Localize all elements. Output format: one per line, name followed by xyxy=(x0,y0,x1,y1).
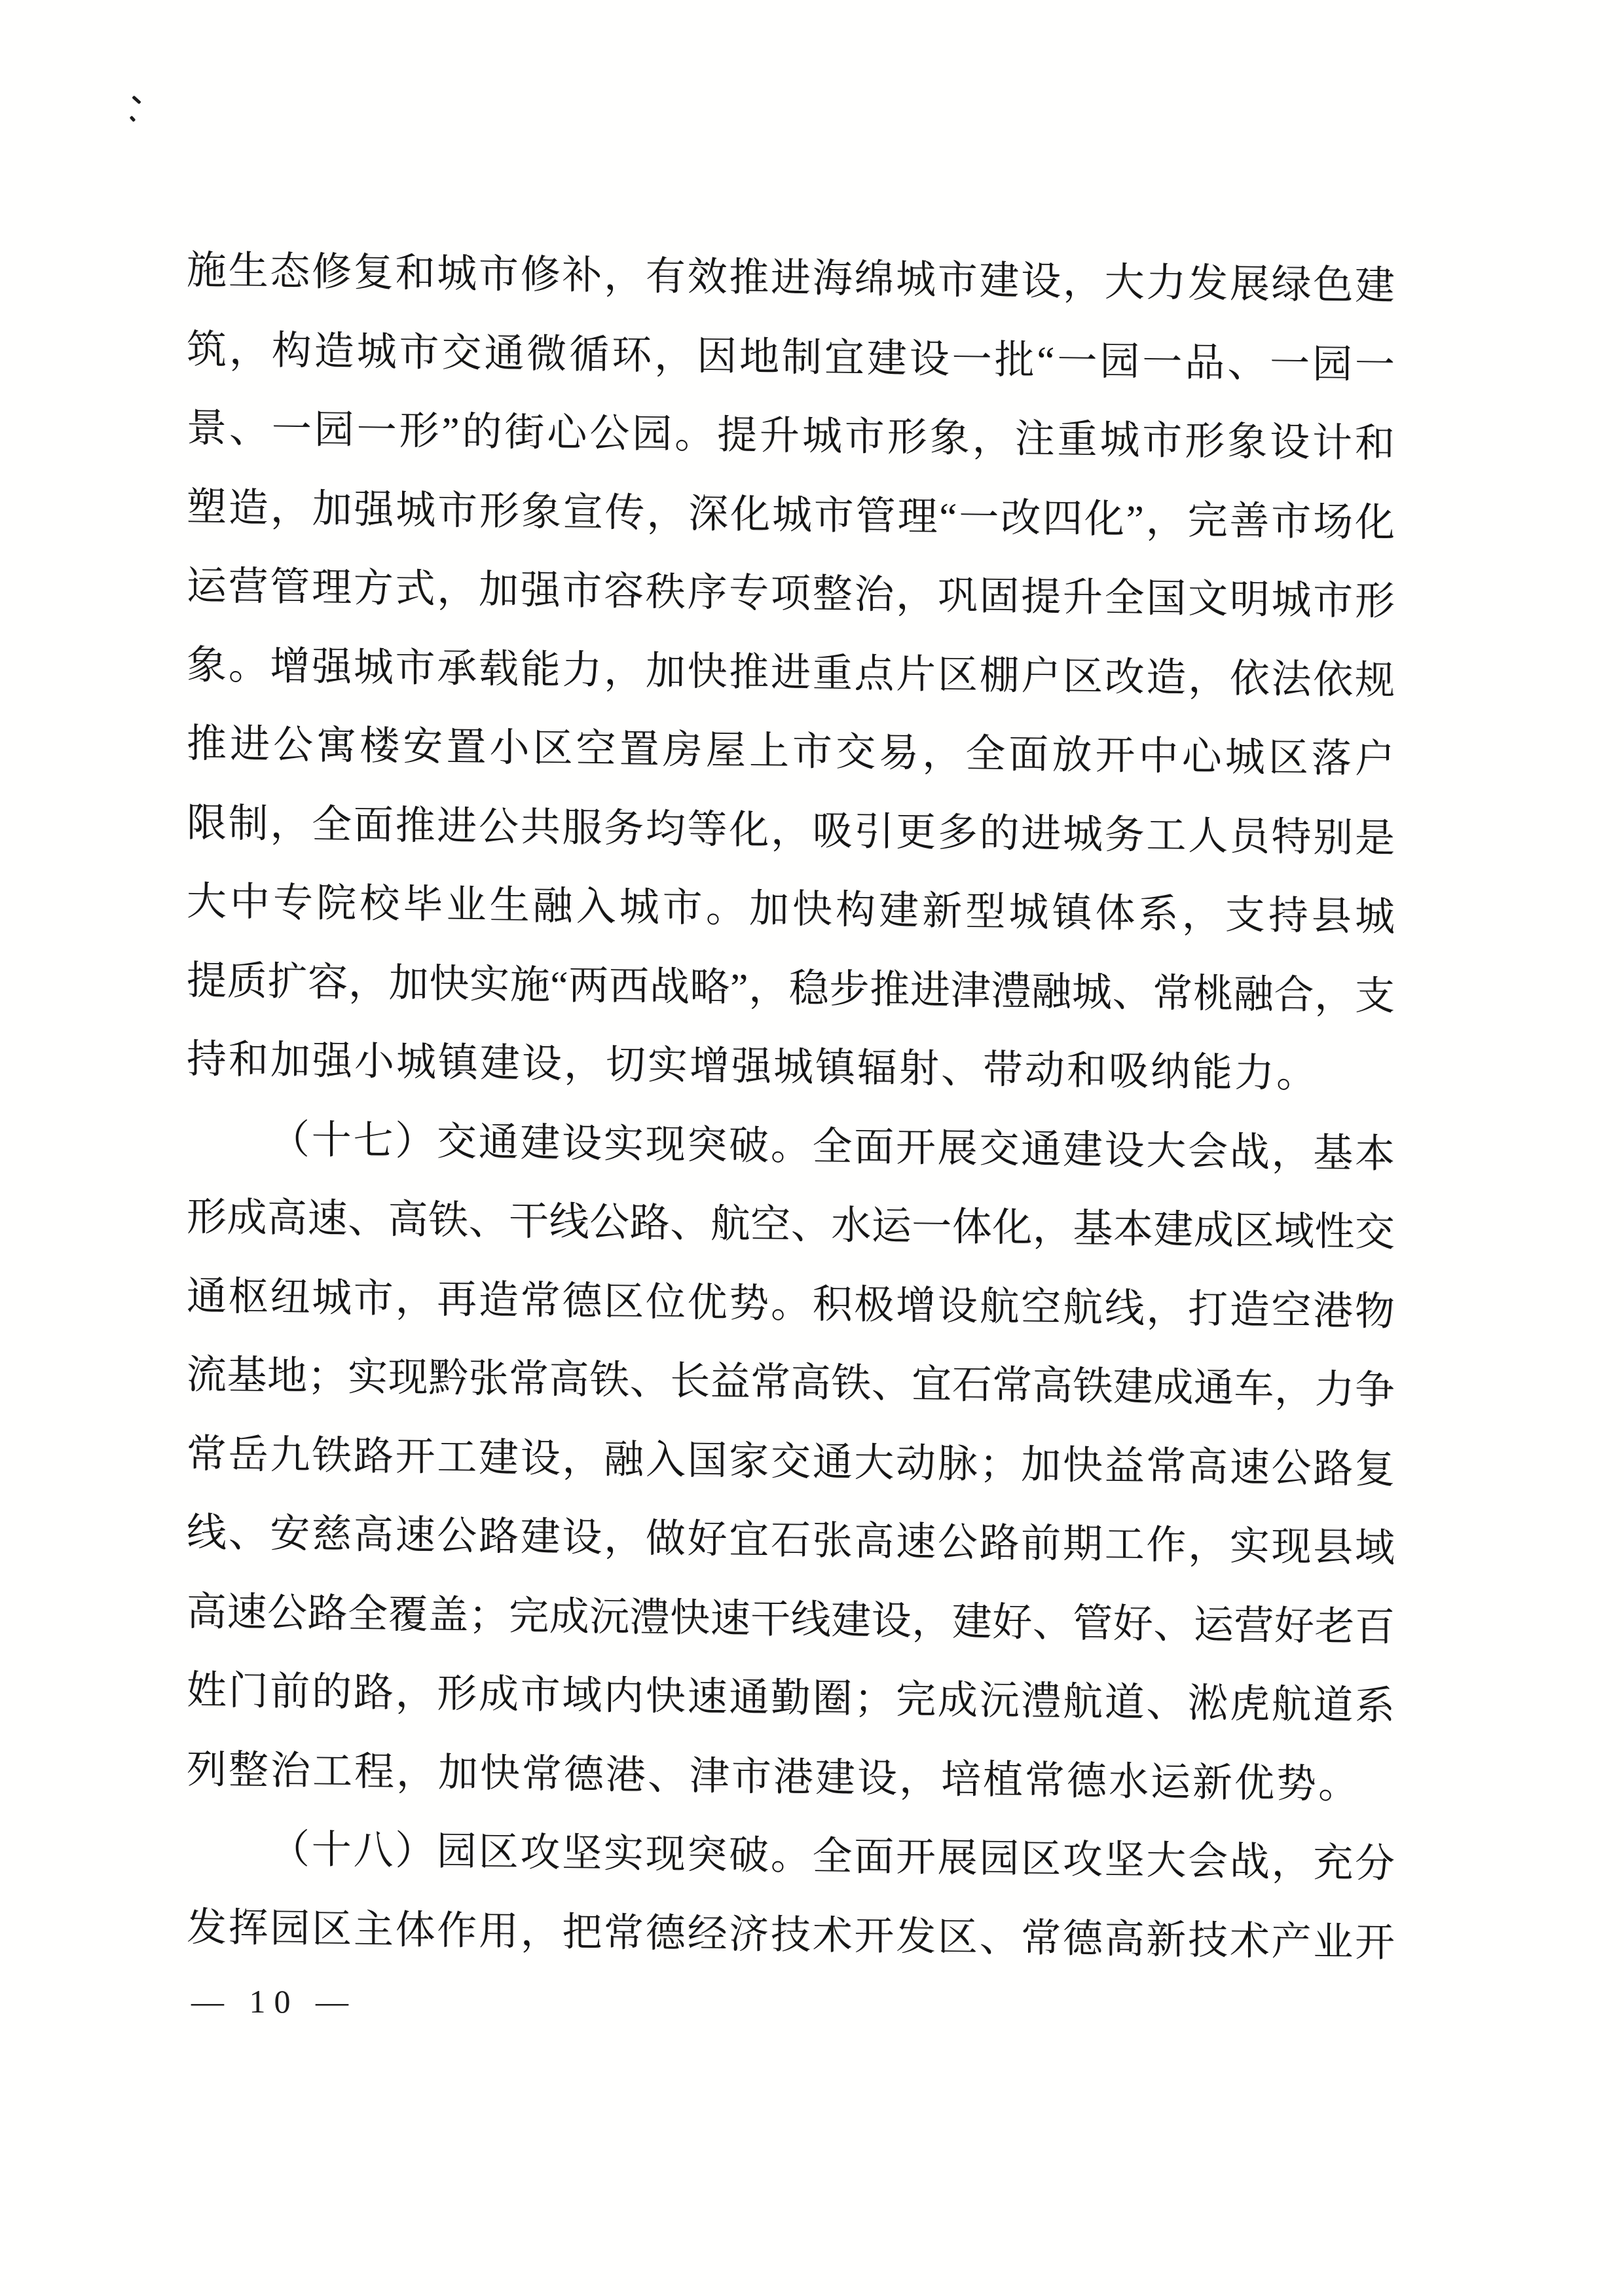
ink-speck-icon xyxy=(130,115,136,122)
text-line: 流基地；实现黔张常高铁、长益常高铁、宜石常高铁建成通车，力争 xyxy=(187,1336,1395,1431)
text-line: 姓门前的路，形成市域内快速通勤圈；完成沅澧航道、淞虎航道系 xyxy=(187,1652,1395,1747)
text-line: 通枢纽城市，再造常德区位优势。积极增设航空航线，打造空港物 xyxy=(187,1258,1395,1353)
text-line: 筑，构造城市交通微循环，因地制宜建设一批“一园一品、一园一 xyxy=(187,311,1395,406)
text-line: 施生态修复和城市修补，有效推进海绵城市建设，大力发展绿色建 xyxy=(187,232,1395,327)
text-line: 发挥园区主体作用，把常德经济技术开发区、常德高新技术产业开 xyxy=(187,1889,1395,1984)
text-line: 持和加强小城镇建设，切实增强城镇辐射、带动和吸纳能力。 xyxy=(187,1021,1395,1116)
text-line: 大中专院校毕业生融入城市。加快构建新型城镇体系，支持县城 xyxy=(187,863,1395,958)
text-line: （十八）园区攻坚实现突破。全面开展园区攻坚大会战，充分 xyxy=(187,1810,1395,1904)
scanned-document-page: 施生态修复和城市修补，有效推进海绵城市建设，大力发展绿色建 筑，构造城市交通微循… xyxy=(0,0,1624,2296)
text-line: 象。增强城市承载能力，加快推进重点片区棚户区改造，依法依规 xyxy=(187,627,1395,721)
text-line: 常岳九铁路开工建设，融入国家交通大动脉；加快益常高速公路复 xyxy=(187,1415,1395,1510)
ink-speck-icon xyxy=(132,96,141,105)
page-number: — 10 — xyxy=(191,1983,357,2020)
text-line: 推进公寓楼安置小区空置房屋上市交易，全面放开中心城区落户 xyxy=(187,705,1395,800)
text-line: 提质扩容，加快实施“两西战略”，稳步推进津澧融城、常桃融合，支 xyxy=(187,942,1395,1037)
text-line: 运营管理方式，加强市容秩序专项整治，巩固提升全国文明城市形 xyxy=(187,547,1395,642)
text-line: 景、一园一形”的街心公园。提升城市形象，注重城市形象设计和 xyxy=(187,390,1395,484)
document-body: 施生态修复和城市修补，有效推进海绵城市建设，大力发展绿色建 筑，构造城市交通微循… xyxy=(187,232,1395,1983)
text-line: 线、安慈高速公路建设，做好宜石张高速公路前期工作，实现县域 xyxy=(187,1494,1395,1589)
text-line: （十七）交通建设实现突破。全面开展交通建设大会战，基本 xyxy=(187,1100,1395,1195)
page-footer: — 10 — xyxy=(191,1982,357,2020)
text-line: 形成高速、高铁、干线公路、航空、水运一体化，基本建成区域性交 xyxy=(187,1178,1395,1273)
text-line: 塑造，加强城市形象宣传，深化城市管理“一改四化”，完善市场化 xyxy=(187,469,1395,564)
text-line: 高速公路全覆盖；完成沅澧快速干线建设，建好、管好、运营好老百 xyxy=(187,1573,1395,1668)
text-line: 限制，全面推进公共服务均等化，吸引更多的进城务工人员特别是 xyxy=(187,784,1395,879)
text-line: 列整治工程，加快常德港、津市港建设，培植常德水运新优势。 xyxy=(187,1731,1395,1826)
